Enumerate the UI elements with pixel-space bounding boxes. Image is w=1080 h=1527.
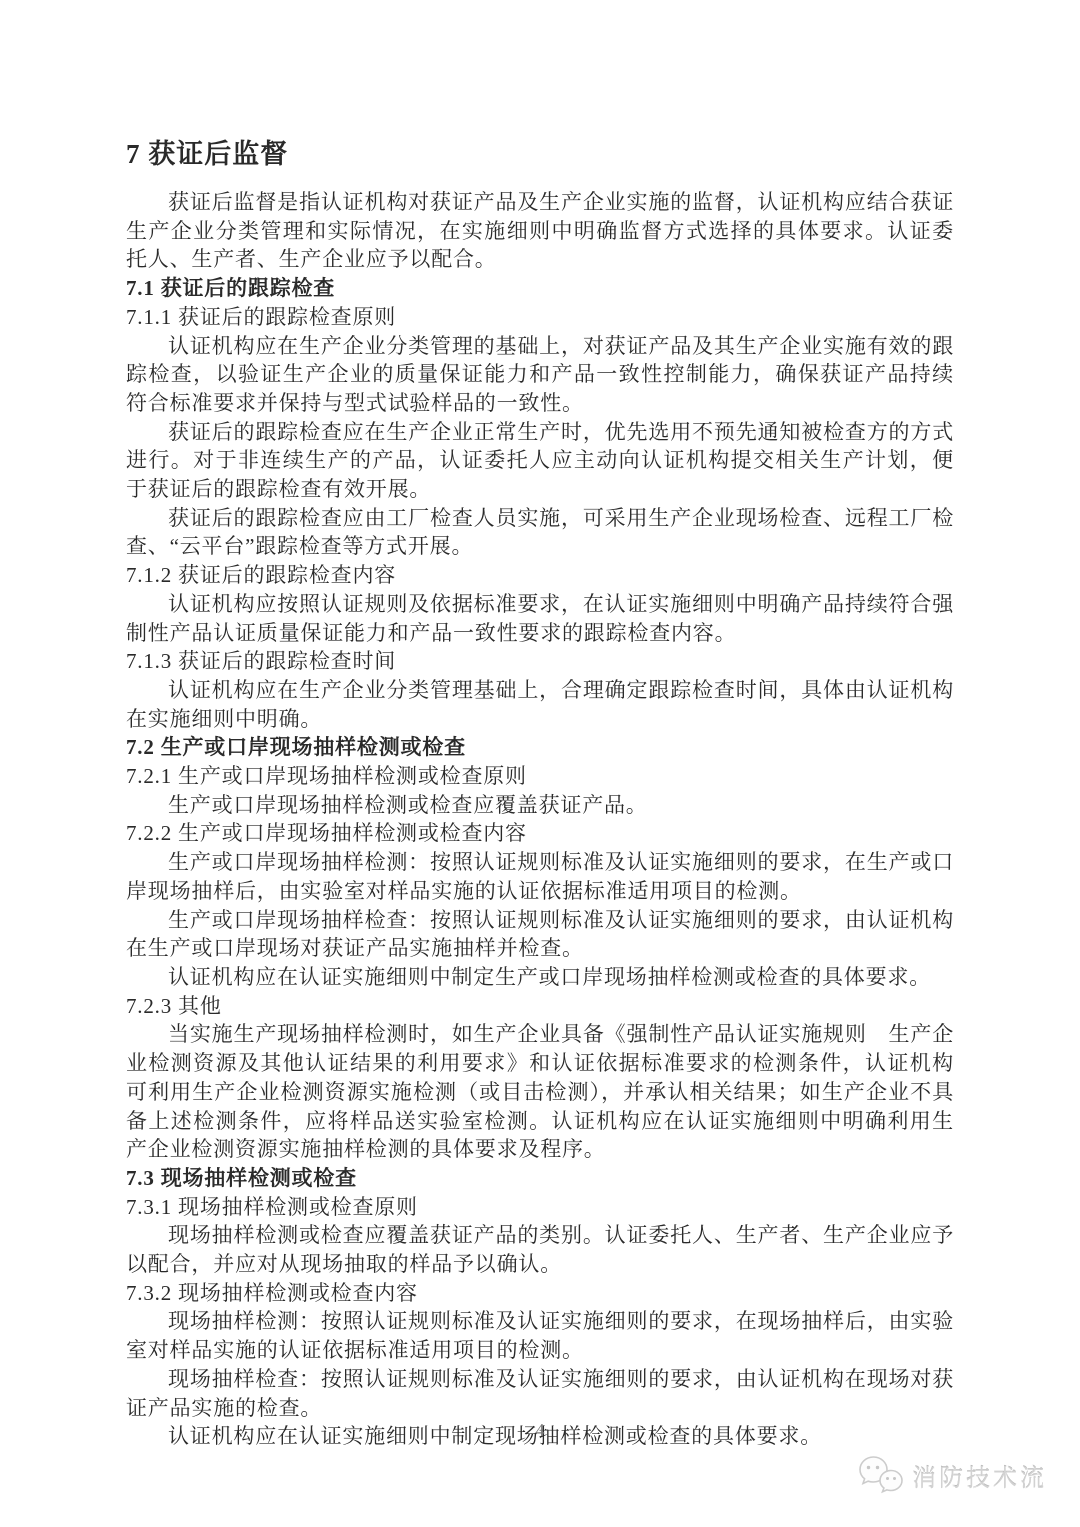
- paragraph: 获证后的跟踪检查应由工厂检查人员实施，可采用生产企业现场检查、远程工厂检查、“云…: [126, 504, 954, 561]
- paragraph: 认证机构应按照认证规则及依据标准要求，在认证实施细则中明确产品持续符合强制性产品…: [126, 590, 954, 647]
- section-heading-7-3: 7.3 现场抽样检测或检查: [126, 1164, 954, 1193]
- paragraph: 当实施生产现场抽样检测时，如生产企业具备《强制性产品认证实施规则 生产企业检测资…: [126, 1020, 954, 1164]
- subsection-heading-7-2-1: 7.2.1 生产或口岸现场抽样检测或检查原则: [126, 762, 954, 791]
- subsection-heading-7-3-2: 7.3.2 现场抽样检测或检查内容: [126, 1279, 954, 1308]
- paragraph: 认证机构应在生产企业分类管理基础上，合理确定跟踪检查时间，具体由认证机构在实施细…: [126, 676, 954, 733]
- subsection-heading-7-2-3: 7.2.3 其他: [126, 992, 954, 1021]
- paragraph: 现场抽样检测或检查应覆盖获证产品的类别。认证委托人、生产者、生产企业应予以配合，…: [126, 1221, 954, 1278]
- paragraph: 获证后的跟踪检查应在生产企业正常生产时，优先选用不预先通知被检查方的方式进行。对…: [126, 418, 954, 504]
- subsection-heading-7-3-1: 7.3.1 现场抽样检测或检查原则: [126, 1193, 954, 1222]
- paragraph: 生产或口岸现场抽样检测：按照认证规则标准及认证实施细则的要求，在生产或口岸现场抽…: [126, 848, 954, 905]
- watermark-text: 消防技术流: [912, 1458, 1047, 1493]
- page-number: 4: [0, 1420, 1080, 1441]
- paragraph: 生产或口岸现场抽样检测或检查应覆盖获证产品。: [126, 791, 954, 820]
- section-heading-7-1: 7.1 获证后的跟踪检查: [126, 274, 954, 303]
- section-heading-7-2: 7.2 生产或口岸现场抽样检测或检查: [126, 733, 954, 762]
- doc-heading-7: 7 获证后监督: [126, 136, 954, 172]
- subsection-heading-7-1-1: 7.1.1 获证后的跟踪检查原则: [126, 303, 954, 332]
- subsection-heading-7-1-2: 7.1.2 获证后的跟踪检查内容: [126, 561, 954, 590]
- paragraph: 认证机构应在生产企业分类管理的基础上，对获证产品及其生产企业实施有效的跟踪检查，…: [126, 332, 954, 418]
- document-body: 7 获证后监督 获证后监督是指认证机构对获证产品及生产企业实施的监督，认证机构应…: [126, 136, 954, 1451]
- paragraph: 认证机构应在认证实施细则中制定生产或口岸现场抽样检测或检查的具体要求。: [126, 963, 954, 992]
- paragraph: 现场抽样检查：按照认证规则标准及认证实施细则的要求，由认证机构在现场对获证产品实…: [126, 1365, 954, 1422]
- subsection-heading-7-1-3: 7.1.3 获证后的跟踪检查时间: [126, 647, 954, 676]
- wechat-icon: [856, 1455, 906, 1495]
- paragraph: 获证后监督是指认证机构对获证产品及生产企业实施的监督，认证机构应结合获证生产企业…: [126, 188, 954, 274]
- paragraph: 生产或口岸现场抽样检查：按照认证规则标准及认证实施细则的要求，由认证机构在生产或…: [126, 906, 954, 963]
- paragraph: 现场抽样检测：按照认证规则标准及认证实施细则的要求，在现场抽样后，由实验室对样品…: [126, 1307, 954, 1364]
- subsection-heading-7-2-2: 7.2.2 生产或口岸现场抽样检测或检查内容: [126, 819, 954, 848]
- document-page: 7 获证后监督 获证后监督是指认证机构对获证产品及生产企业实施的监督，认证机构应…: [0, 0, 1080, 1527]
- watermark: 消防技术流: [856, 1455, 1047, 1495]
